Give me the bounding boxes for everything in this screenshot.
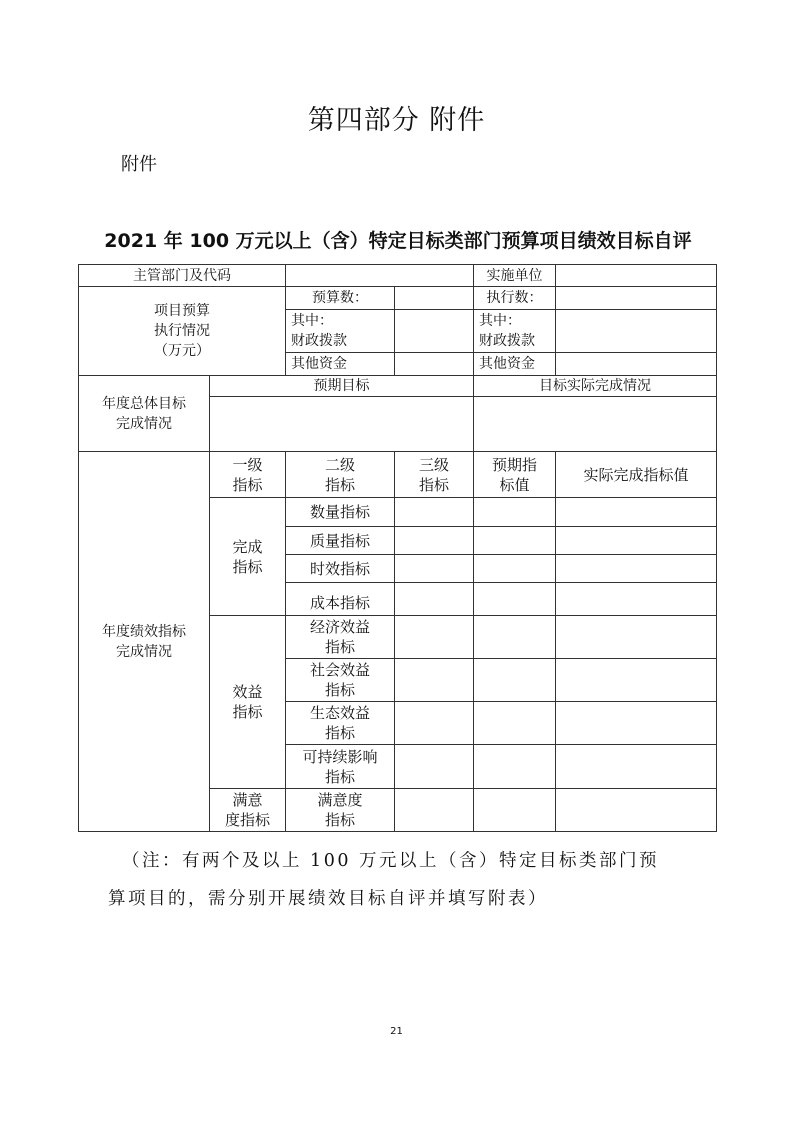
executed-amount-label: 执行数： (474, 287, 556, 310)
level2-quantity: 数量指标 (286, 498, 395, 527)
expected-goal-cell[interactable] (210, 397, 474, 452)
executed-fiscal-label: 其中： 财政拨款 (474, 310, 556, 353)
level3-cell[interactable] (395, 527, 474, 555)
level1-completion: 完成 指标 (210, 498, 286, 616)
annual-goal-label: 年度总体目标 完成情况 (79, 376, 210, 452)
impl-unit-label: 实施单位 (474, 265, 556, 287)
expected-cell[interactable] (474, 527, 556, 555)
level3-header: 三级 指标 (395, 452, 474, 498)
level3-cell[interactable] (395, 616, 474, 659)
expected-cell[interactable] (474, 702, 556, 745)
budget-label: 项目预算 执行情况 （万元） (79, 287, 286, 376)
actual-cell[interactable] (556, 789, 717, 832)
actual-cell[interactable] (556, 527, 717, 555)
actual-value-header: 实际完成指标值 (556, 452, 717, 498)
budget-amount-label: 预算数： (286, 287, 395, 310)
expected-cell[interactable] (474, 498, 556, 527)
budget-amount-cell[interactable] (395, 287, 474, 310)
expected-cell[interactable] (474, 789, 556, 832)
budget-other-cell[interactable] (395, 353, 474, 376)
actual-goal-cell[interactable] (474, 397, 717, 452)
level1-benefit: 效益 指标 (210, 616, 286, 789)
impl-unit-value-cell[interactable] (556, 265, 717, 287)
level2-quality: 质量指标 (286, 527, 395, 555)
level3-cell[interactable] (395, 498, 474, 527)
footnote: （注：有两个及以上 100 万元以上（含）特定目标类部门预 算项目的，需分别开展… (108, 842, 708, 918)
actual-cell[interactable] (556, 555, 717, 583)
actual-cell[interactable] (556, 745, 717, 789)
level3-cell[interactable] (395, 555, 474, 583)
expected-cell[interactable] (474, 583, 556, 616)
level2-satisfaction: 满意度 指标 (286, 789, 395, 832)
level2-header: 二级 指标 (286, 452, 395, 498)
level1-header: 一级 指标 (210, 452, 286, 498)
dept-value-cell[interactable] (286, 265, 474, 287)
dept-label: 主管部门及代码 (79, 265, 286, 287)
indicators-label: 年度绩效指标 完成情况 (79, 452, 210, 832)
expected-value-header: 预期指 标值 (474, 452, 556, 498)
executed-fiscal-cell[interactable] (556, 310, 717, 353)
footnote-line-2: 算项目的，需分别开展绩效目标自评并填写附表） (108, 880, 708, 918)
actual-goal-header: 目标实际完成情况 (474, 376, 717, 397)
actual-cell[interactable] (556, 659, 717, 702)
budget-fiscal-cell[interactable] (395, 310, 474, 353)
attachment-label: 附件 (121, 150, 157, 176)
expected-cell[interactable] (474, 659, 556, 702)
footnote-line-1: （注：有两个及以上 100 万元以上（含）特定目标类部门预 (108, 842, 708, 880)
budget-other-label: 其他资金 (286, 353, 395, 376)
row-annual-goal-header: 年度总体目标 完成情况 预期目标 目标实际完成情况 (79, 376, 717, 397)
level2-sustainability: 可持续影响 指标 (286, 745, 395, 789)
actual-cell[interactable] (556, 583, 717, 616)
level2-social: 社会效益 指标 (286, 659, 395, 702)
level3-cell[interactable] (395, 702, 474, 745)
level2-timeliness: 时效指标 (286, 555, 395, 583)
self-evaluation-table: 主管部门及代码 实施单位 项目预算 执行情况 （万元） 预算数： 执行数： 其中… (78, 264, 717, 832)
budget-fiscal-label: 其中： 财政拨款 (286, 310, 395, 353)
page-title: 第四部分 附件 (0, 98, 793, 137)
executed-amount-cell[interactable] (556, 287, 717, 310)
expected-goal-header: 预期目标 (210, 376, 474, 397)
level3-cell[interactable] (395, 789, 474, 832)
row-budget-total: 项目预算 执行情况 （万元） 预算数： 执行数： (79, 287, 717, 310)
executed-other-label: 其他资金 (474, 353, 556, 376)
actual-cell[interactable] (556, 616, 717, 659)
level2-cost: 成本指标 (286, 583, 395, 616)
level1-satisfaction: 满意 度指标 (210, 789, 286, 832)
level3-cell[interactable] (395, 659, 474, 702)
row-department: 主管部门及代码 实施单位 (79, 265, 717, 287)
page-number: 21 (0, 1026, 793, 1037)
row-indicator-header: 年度绩效指标 完成情况 一级 指标 二级 指标 三级 指标 预期指 标值 实际完… (79, 452, 717, 498)
level3-cell[interactable] (395, 583, 474, 616)
actual-cell[interactable] (556, 702, 717, 745)
expected-cell[interactable] (474, 616, 556, 659)
level2-economic: 经济效益 指标 (286, 616, 395, 659)
executed-other-cell[interactable] (556, 353, 717, 376)
expected-cell[interactable] (474, 745, 556, 789)
table-title: 2021 年 100 万元以上（含）特定目标类部门预算项目绩效目标自评 (78, 226, 718, 253)
level2-ecological: 生态效益 指标 (286, 702, 395, 745)
actual-cell[interactable] (556, 498, 717, 527)
level3-cell[interactable] (395, 745, 474, 789)
expected-cell[interactable] (474, 555, 556, 583)
